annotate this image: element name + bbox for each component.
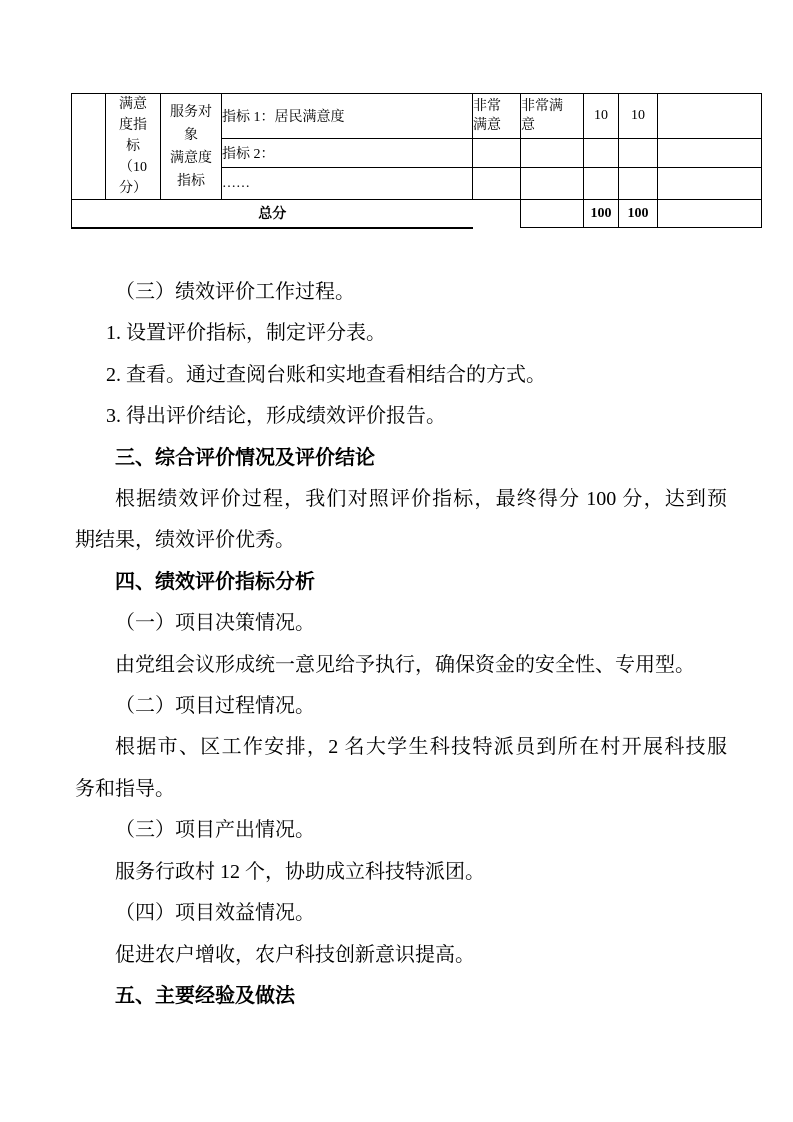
cell-satisfaction-group: 满意 度指 标 （10 分） xyxy=(106,94,161,200)
cell-result-1: 非常满 意 xyxy=(521,94,584,139)
cell-standard-etc xyxy=(473,168,521,200)
cell-total-note xyxy=(658,200,762,228)
cell-weight-2 xyxy=(584,139,619,168)
cell-score-etc xyxy=(619,168,658,200)
heading-section-5: 五、主要经验及做法 xyxy=(75,976,727,1017)
cell-score-1: 10 xyxy=(619,94,658,139)
cell-note-etc xyxy=(658,168,762,200)
cell-result-2 xyxy=(521,139,584,168)
cell-total-empty xyxy=(521,200,584,228)
cell-indicator-etc: …… xyxy=(222,168,473,200)
body-line-section-3-process: （三）绩效评价工作过程。 xyxy=(75,272,727,313)
body-line-sub-2-title: （二）项目过程情况。 xyxy=(75,686,727,727)
cell-service-group: 服务对 象 满意度 指标 xyxy=(161,94,222,200)
document-page: 满意 度指 标 （10 分） 服务对 象 满意度 指标 指标 1：居民满意度 非… xyxy=(0,0,793,1122)
cell-total-label: 总分 xyxy=(72,200,473,228)
cell-result-etc xyxy=(521,168,584,200)
cell-score-2 xyxy=(619,139,658,168)
table-row-indicator-1: 满意 度指 标 （10 分） 服务对 象 满意度 指标 指标 1：居民满意度 非… xyxy=(72,94,762,139)
body-line-sub-2-content-1: 根据市、区工作安排，2 名大学生科技特派员到所在村开展科技服 xyxy=(75,727,727,768)
cell-note-2 xyxy=(658,139,762,168)
cell-note-1 xyxy=(658,94,762,139)
cell-indicator-1: 指标 1：居民满意度 xyxy=(222,94,473,139)
cell-indicator-2: 指标 2： xyxy=(222,139,473,168)
table-row-total: 总分 100 100 xyxy=(72,200,762,228)
body-line-step-2: 2. 查看。通过查阅台账和实地查看相结合的方式。 xyxy=(75,355,727,396)
cell-weight-1: 10 xyxy=(584,94,619,139)
body-line-step-1: 1. 设置评价指标，制定评分表。 xyxy=(75,313,727,354)
cell-total-gap xyxy=(473,200,521,228)
body-line-sub-3-content: 服务行政村 12 个，协助成立科技特派团。 xyxy=(75,852,727,893)
body-line-conclusion-2: 期结果，绩效评价优秀。 xyxy=(75,520,727,561)
body-line-sub-1-title: （一）项目决策情况。 xyxy=(75,603,727,644)
cell-standard-1: 非常 满意 xyxy=(473,94,521,139)
cell-standard-2 xyxy=(473,139,521,168)
cell-weight-etc xyxy=(584,168,619,200)
report-body: （三）绩效评价工作过程。 1. 设置评价指标，制定评分表。 2. 查看。通过查阅… xyxy=(75,272,727,1017)
body-line-sub-2-content-2: 务和指导。 xyxy=(75,769,727,810)
heading-section-4: 四、绩效评价指标分析 xyxy=(75,562,727,603)
body-line-sub-3-title: （三）项目产出情况。 xyxy=(75,810,727,851)
body-line-sub-4-title: （四）项目效益情况。 xyxy=(75,893,727,934)
body-line-step-3: 3. 得出评价结论，形成绩效评价报告。 xyxy=(75,396,727,437)
body-line-sub-1-content: 由党组会议形成统一意见给予执行，确保资金的安全性、专用型。 xyxy=(75,645,727,686)
evaluation-score-table: 满意 度指 标 （10 分） 服务对 象 满意度 指标 指标 1：居民满意度 非… xyxy=(71,93,762,229)
cell-total-weight: 100 xyxy=(584,200,619,228)
body-line-conclusion-1: 根据绩效评价过程，我们对照评价指标，最终得分 100 分，达到预 xyxy=(75,479,727,520)
body-line-sub-4-content: 促进农户增收，农户科技创新意识提高。 xyxy=(75,935,727,976)
cell-total-score: 100 xyxy=(619,200,658,228)
cell-left-spacer xyxy=(72,94,106,200)
heading-section-3: 三、综合评价情况及评价结论 xyxy=(75,438,727,479)
